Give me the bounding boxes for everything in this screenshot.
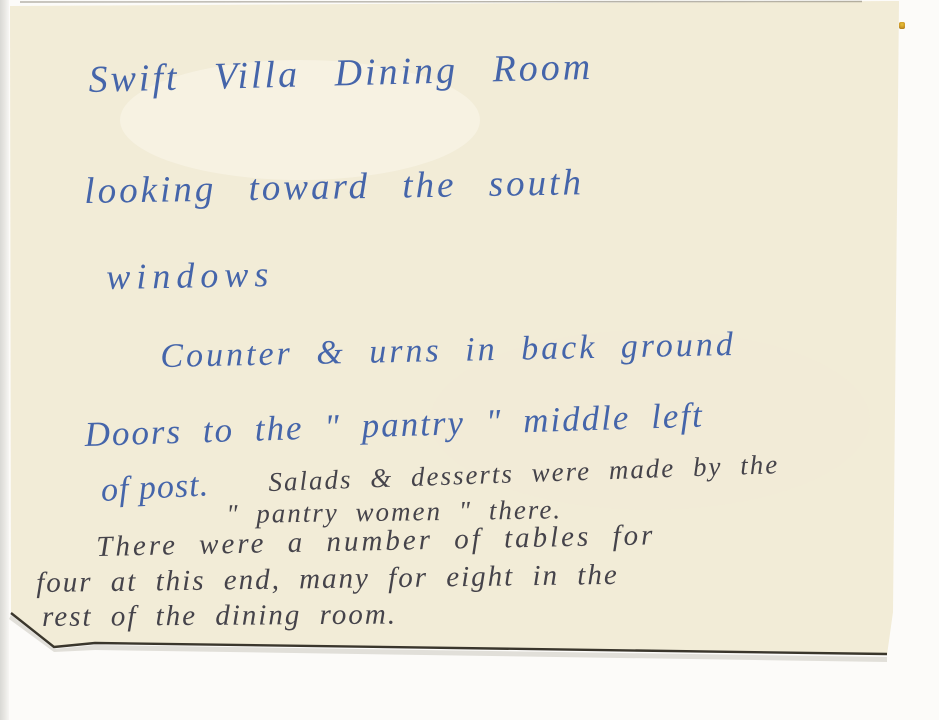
handwritten-line-8: There were a number of tables for <box>96 520 656 564</box>
handwritten-line-9: four at this end, many for eight in the <box>36 560 619 600</box>
handwritten-line-5: Doors to the " pantry " middle left <box>84 397 704 455</box>
handwritten-line-10: rest of the dining room. <box>42 600 397 634</box>
handwritten-line-3: windows <box>106 255 275 298</box>
handwritten-line-6-right: Salads & desserts were made by the <box>268 450 780 498</box>
handwriting-layer: Swift Villa Dining Room looking toward t… <box>0 0 939 720</box>
scanned-note: Swift Villa Dining Room looking toward t… <box>0 0 939 720</box>
handwritten-line-2: looking toward the south <box>84 163 584 212</box>
handwritten-line-1: Swift Villa Dining Room <box>88 47 594 102</box>
handwritten-line-4: Counter & urns in back ground <box>160 326 736 375</box>
yellow-speck <box>899 22 905 29</box>
handwritten-line-6-left: of post. <box>100 466 210 509</box>
